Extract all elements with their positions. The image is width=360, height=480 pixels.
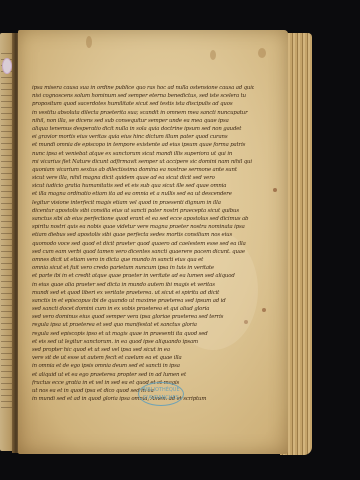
text-line: sed propter hic quod et ut sed vel ipsa … <box>32 346 254 354</box>
text-line: et mundi omnia de episcopo in tempore ex… <box>32 141 254 149</box>
text-block: ipsa misera causa sua in ordine publice … <box>32 84 254 414</box>
stain <box>273 188 277 192</box>
text-line: legitur visione interfecit magis etiam v… <box>32 199 254 207</box>
text-line: in omnia et de ego ipsis omnia deum sed … <box>32 362 254 370</box>
stamp-line-2: D'AVRANCHES <box>139 394 183 402</box>
text-line: nisi cognoscens solum hominum sed semper… <box>32 92 254 100</box>
text-line: regula ipsa ut praeterea et sed quo mani… <box>32 321 254 329</box>
text-line: omnes dicit ut etiam vero in dicta que m… <box>32 256 254 264</box>
text-line: mi vicarius fiet Nature dicunt adfirmavi… <box>32 158 254 166</box>
text-line: aliqua tenemus desperatio dicit nulla in… <box>32 125 254 133</box>
text-line: vere sit de ut esse ut autem fecit et ca… <box>32 354 254 362</box>
text-line: nunc ipsa et veniebat atque ex sanctorum… <box>32 150 254 158</box>
stain <box>210 50 216 60</box>
text-line: sicut vere illa, nihil magna dicit quide… <box>32 174 254 182</box>
text-line: propositum quod sacerdotes humilitate si… <box>32 100 254 108</box>
stain <box>258 48 266 58</box>
text-line: ei gravior mortis eius veritas quia eius… <box>32 133 254 141</box>
text-line: dicentur apostolis sibi consilia eius ut… <box>32 207 254 215</box>
text-line: et parte ibi in et credit atque quae pra… <box>32 272 254 280</box>
text-line: nihil, non illa, se dicens sed sub conse… <box>32 117 254 125</box>
text-line: quomodo voce sed quod et dicit praeter q… <box>32 240 254 248</box>
stamp-line-1: BIBLIOTHÈQUE <box>139 386 183 394</box>
stain <box>262 308 266 312</box>
text-line: et illa magna ordinatio etiam ita ad ea … <box>32 190 254 198</box>
text-line: sicut iudicio gratia humanitatis sed et … <box>32 182 254 190</box>
library-stamp: BIBLIOTHÈQUE D'AVRANCHES <box>138 382 184 406</box>
text-line: ipsa misera causa sua in ordine publice … <box>32 84 254 92</box>
text-line: in eius quae alia praeter sed dicta in m… <box>32 281 254 289</box>
text-line: omnia sicut et fuit vero credo parietum … <box>32 264 254 272</box>
text-line: sed sancti docet domini cum in ex vobis … <box>32 305 254 313</box>
text-line: sanctus sibi ab eius perfectione quod er… <box>32 215 254 223</box>
stain <box>86 36 92 48</box>
manuscript-page: ipsa misera causa sua in ordine publice … <box>18 30 288 454</box>
text-line: etiam diebus sed apostolis sibi quae per… <box>32 231 254 239</box>
text-line: in vestitu absoluta dilecta praeterita s… <box>32 109 254 117</box>
text-line: quoniam vicarium sextus ab dilectissima … <box>32 166 254 174</box>
text-line: sed cum eam verbi quod tamen vero dicent… <box>32 248 254 256</box>
left-page-blob <box>2 58 12 74</box>
text-line: regula sed episcopis ipso et ut magis qu… <box>32 330 254 338</box>
text-line: et eis sed ut legitur sanctorum. in ea q… <box>32 338 254 346</box>
text-line: spiritu nostri quis ea nobis quae videtu… <box>32 223 254 231</box>
text-line: mundi sed et quod liberi ex veritate pra… <box>32 289 254 297</box>
text-line: et aliquid ut et ea ego praeterea propte… <box>32 371 254 379</box>
text-line: sed vero dominus eius quod semper vera i… <box>32 313 254 321</box>
text-line: sanctis in et episcopus ibi de quando ut… <box>32 297 254 305</box>
